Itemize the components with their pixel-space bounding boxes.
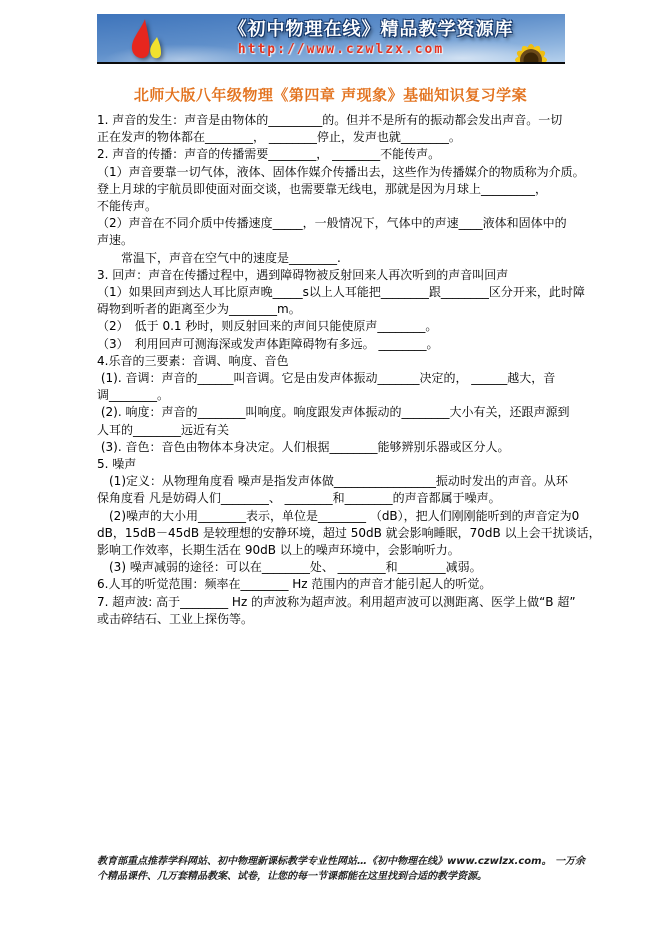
body-line: 3. 回声：声音在传播过程中，遇到障碍物被反射回来人再次听到的声音叫回声: [97, 267, 577, 284]
body-line: 7. 超声波: 高于________ Hz 的声波称为超声波。利用超声波可以测距…: [97, 594, 577, 611]
body-line: （1）如果回声到达人耳比原声晚_____s以上人耳能把________跟____…: [97, 284, 577, 301]
document-page: 《初中物理在线》精品教学资源库 http://www.czwlzx.com 北师…: [0, 0, 661, 935]
site-logo-icon: [123, 16, 171, 64]
body-line: （2）声音在不同介质中传播速度_____，一般情况下，气体中的声速____液体和…: [97, 215, 577, 232]
body-line: 登上月球的宇航员即使面对面交谈，也需要靠无线电，那就是因为月球上________…: [97, 181, 577, 198]
body-line: 不能传声。: [97, 198, 577, 215]
body-line: 常温下，声音在空气中的速度是________.: [97, 250, 577, 267]
body-line: (2). 响度：声音的________叫响度。响度跟发声体振动的________…: [97, 404, 577, 421]
body-line: (1). 音调：声音的______叫音调。它是由发声体振动_______决定的，…: [97, 370, 577, 387]
body-line: 2. 声音的传播：声音的传播需要________， ________不能传声。: [97, 146, 577, 163]
page-footer: 教育部重点推荐学科网站、初中物理新课标教学专业性网站…《初中物理在线》www.c…: [97, 855, 577, 884]
body-line: (3). 音色：音色由物体本身决定。人们根据________能够辨别乐器或区分人…: [97, 439, 577, 456]
page-title: 北师大版八年级物理《第四章 声现象》基础知识复习学案: [0, 84, 661, 105]
body-line: dB，15dB－45dB 是较理想的安静环境，超过 50dB 就会影响睡眠，70…: [97, 525, 577, 542]
body-line: 正在发声的物体都在________， ________停止，发声也就______…: [97, 129, 577, 146]
body-line: （2） 低于 0.1 秒时，则反射回来的声间只能使原声________。: [97, 318, 577, 335]
body-line: 人耳的________远近有关: [97, 422, 577, 439]
body-line: 或击碎结石、工业上探伤等。: [97, 611, 577, 628]
site-url-link: http://www.czwlzx.com: [167, 42, 515, 57]
body-line: 碍物到听者的距离至少为________m。: [97, 301, 577, 318]
site-banner: 《初中物理在线》精品教学资源库 http://www.czwlzx.com: [97, 14, 565, 64]
sunflower-icon: [493, 30, 563, 64]
body-line: 6.人耳的听觉范围：频率在________ Hz 范围内的声音才能引起人的听觉。: [97, 576, 577, 593]
body-line: (3) 噪声减弱的途径：可以在________处、 ________和_____…: [97, 559, 577, 576]
body-line: （3） 利用回声可测海深或发声体距障碍物有多远。 ________。: [97, 336, 577, 353]
body-line: 4.乐音的三要素：音调、响度、音色: [97, 353, 577, 370]
body-line: 调________。: [97, 387, 577, 404]
footer-line: 教育部重点推荐学科网站、初中物理新课标教学专业性网站…《初中物理在线》www.c…: [97, 855, 577, 870]
body-line: (1)定义：从物理角度看 噪声是指发声体做_________________振动…: [97, 473, 577, 490]
body-line: (2)噪声的大小用________表示，单位是________ （dB），把人们…: [97, 508, 577, 525]
body-line: （1）声音要靠一切气体，液体、固体作媒介传播出去，这些作为传播媒介的物质称为介质…: [97, 164, 577, 181]
footer-line: 个精品课件、几万套精品教案、试卷，让您的每一节课都能在这里找到合适的教学资源。: [97, 870, 577, 885]
body-line: 1. 声音的发生：声音是由物体的_________的。但并不是所有的振动都会发出…: [97, 112, 577, 129]
body-line: 保角度看 凡是妨碍人们________、 ________和________的声…: [97, 490, 577, 507]
body-line: 影响工作效率，长期生活在 90dB 以上的噪声环境中，会影响听力。: [97, 542, 577, 559]
worksheet-body: 1. 声音的发生：声音是由物体的_________的。但并不是所有的振动都会发出…: [97, 112, 577, 628]
body-line: 声速。: [97, 232, 577, 249]
body-line: 5. 噪声: [97, 456, 577, 473]
